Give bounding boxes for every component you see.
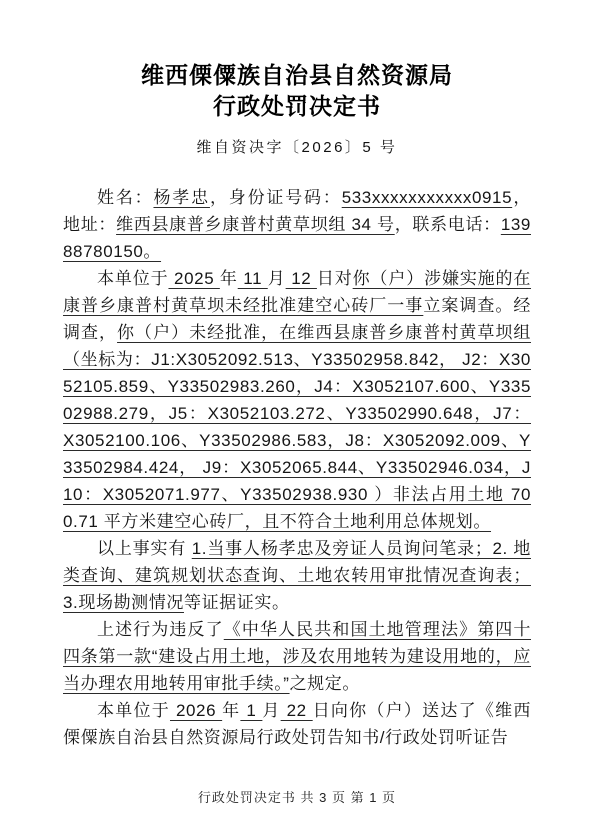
text-run: 月 [268, 269, 286, 288]
text-run: 日对 [317, 269, 353, 288]
paragraph: 姓名：杨孝忠，身份证号码：533xxxxxxxxxxx0915，地址：维西县康普… [63, 184, 531, 265]
filled-blank-value: 你（户）未经批准，在维西县康普乡康普村黄草坝组（坐标为：J1:X3052092.… [63, 323, 531, 531]
text-run: 年 [222, 701, 240, 720]
text-run: 以上事实有 [97, 539, 192, 558]
paragraph: 上述行为违反了《中华人民共和国土地管理法》第四十四条第一款“建设占用土地，涉及农… [63, 616, 531, 697]
paragraph: 本单位于 2025 年 11 月 12 日对你（户）涉嫌实施的在康普乡康普村黄草… [63, 265, 531, 535]
filled-blank-value: 杨孝忠 [153, 188, 209, 207]
text-run: 月 [262, 701, 280, 720]
paragraph: 以上事实有 1.当事人杨孝忠及旁证人员询问笔录；2. 地类查询、建筑规划状态查询… [63, 535, 531, 616]
text-run: 之规定。 [290, 674, 360, 693]
filled-blank-value: 11 [238, 269, 268, 288]
filled-blank-value: 维西县康普乡康普村黄草坝组 34 号 [116, 215, 395, 234]
text-run: 姓名： [97, 188, 153, 207]
page-footer: 行政处罚决定书 共 3 页 第 1 页 [0, 787, 594, 806]
filled-blank-value: 533xxxxxxxxxxx0915 [342, 188, 512, 207]
filled-blank-value: 1 [240, 701, 262, 720]
filled-blank-value: 22 [281, 701, 313, 720]
filled-blank-value: 12 [286, 269, 317, 288]
filled-blank-value: 2026 [170, 701, 222, 720]
text-run: 本单位于 [97, 701, 170, 720]
document-number: 维自资决字〔2026〕5 号 [63, 136, 531, 157]
text-run: 本单位于 [97, 269, 168, 288]
filled-blank-value: 2025 [168, 269, 219, 288]
document-body: 姓名：杨孝忠，身份证号码：533xxxxxxxxxxx0915，地址：维西县康普… [63, 184, 531, 751]
page-footer-text: 行政处罚决定书 共 3 页 第 1 页 [198, 790, 396, 805]
text-run: 年 [220, 269, 238, 288]
document-page: 维西傈僳族自治县自然资源局 行政处罚决定书 维自资决字〔2026〕5 号 姓名：… [0, 0, 594, 836]
text-run: ，联系电话： [395, 215, 501, 234]
text-run: ，身份证号码： [210, 188, 342, 207]
text-run: 等证据证实。 [184, 593, 290, 612]
document-title-line2: 行政处罚决定书 [63, 91, 531, 122]
paragraph: 本单位于 2026 年 1 月 22 日向你（户）送达了《维西傈僳族自治县自然资… [63, 697, 531, 751]
text-run: 上述行为违反了 [97, 620, 224, 639]
document-title-line1: 维西傈僳族自治县自然资源局 [63, 60, 531, 91]
